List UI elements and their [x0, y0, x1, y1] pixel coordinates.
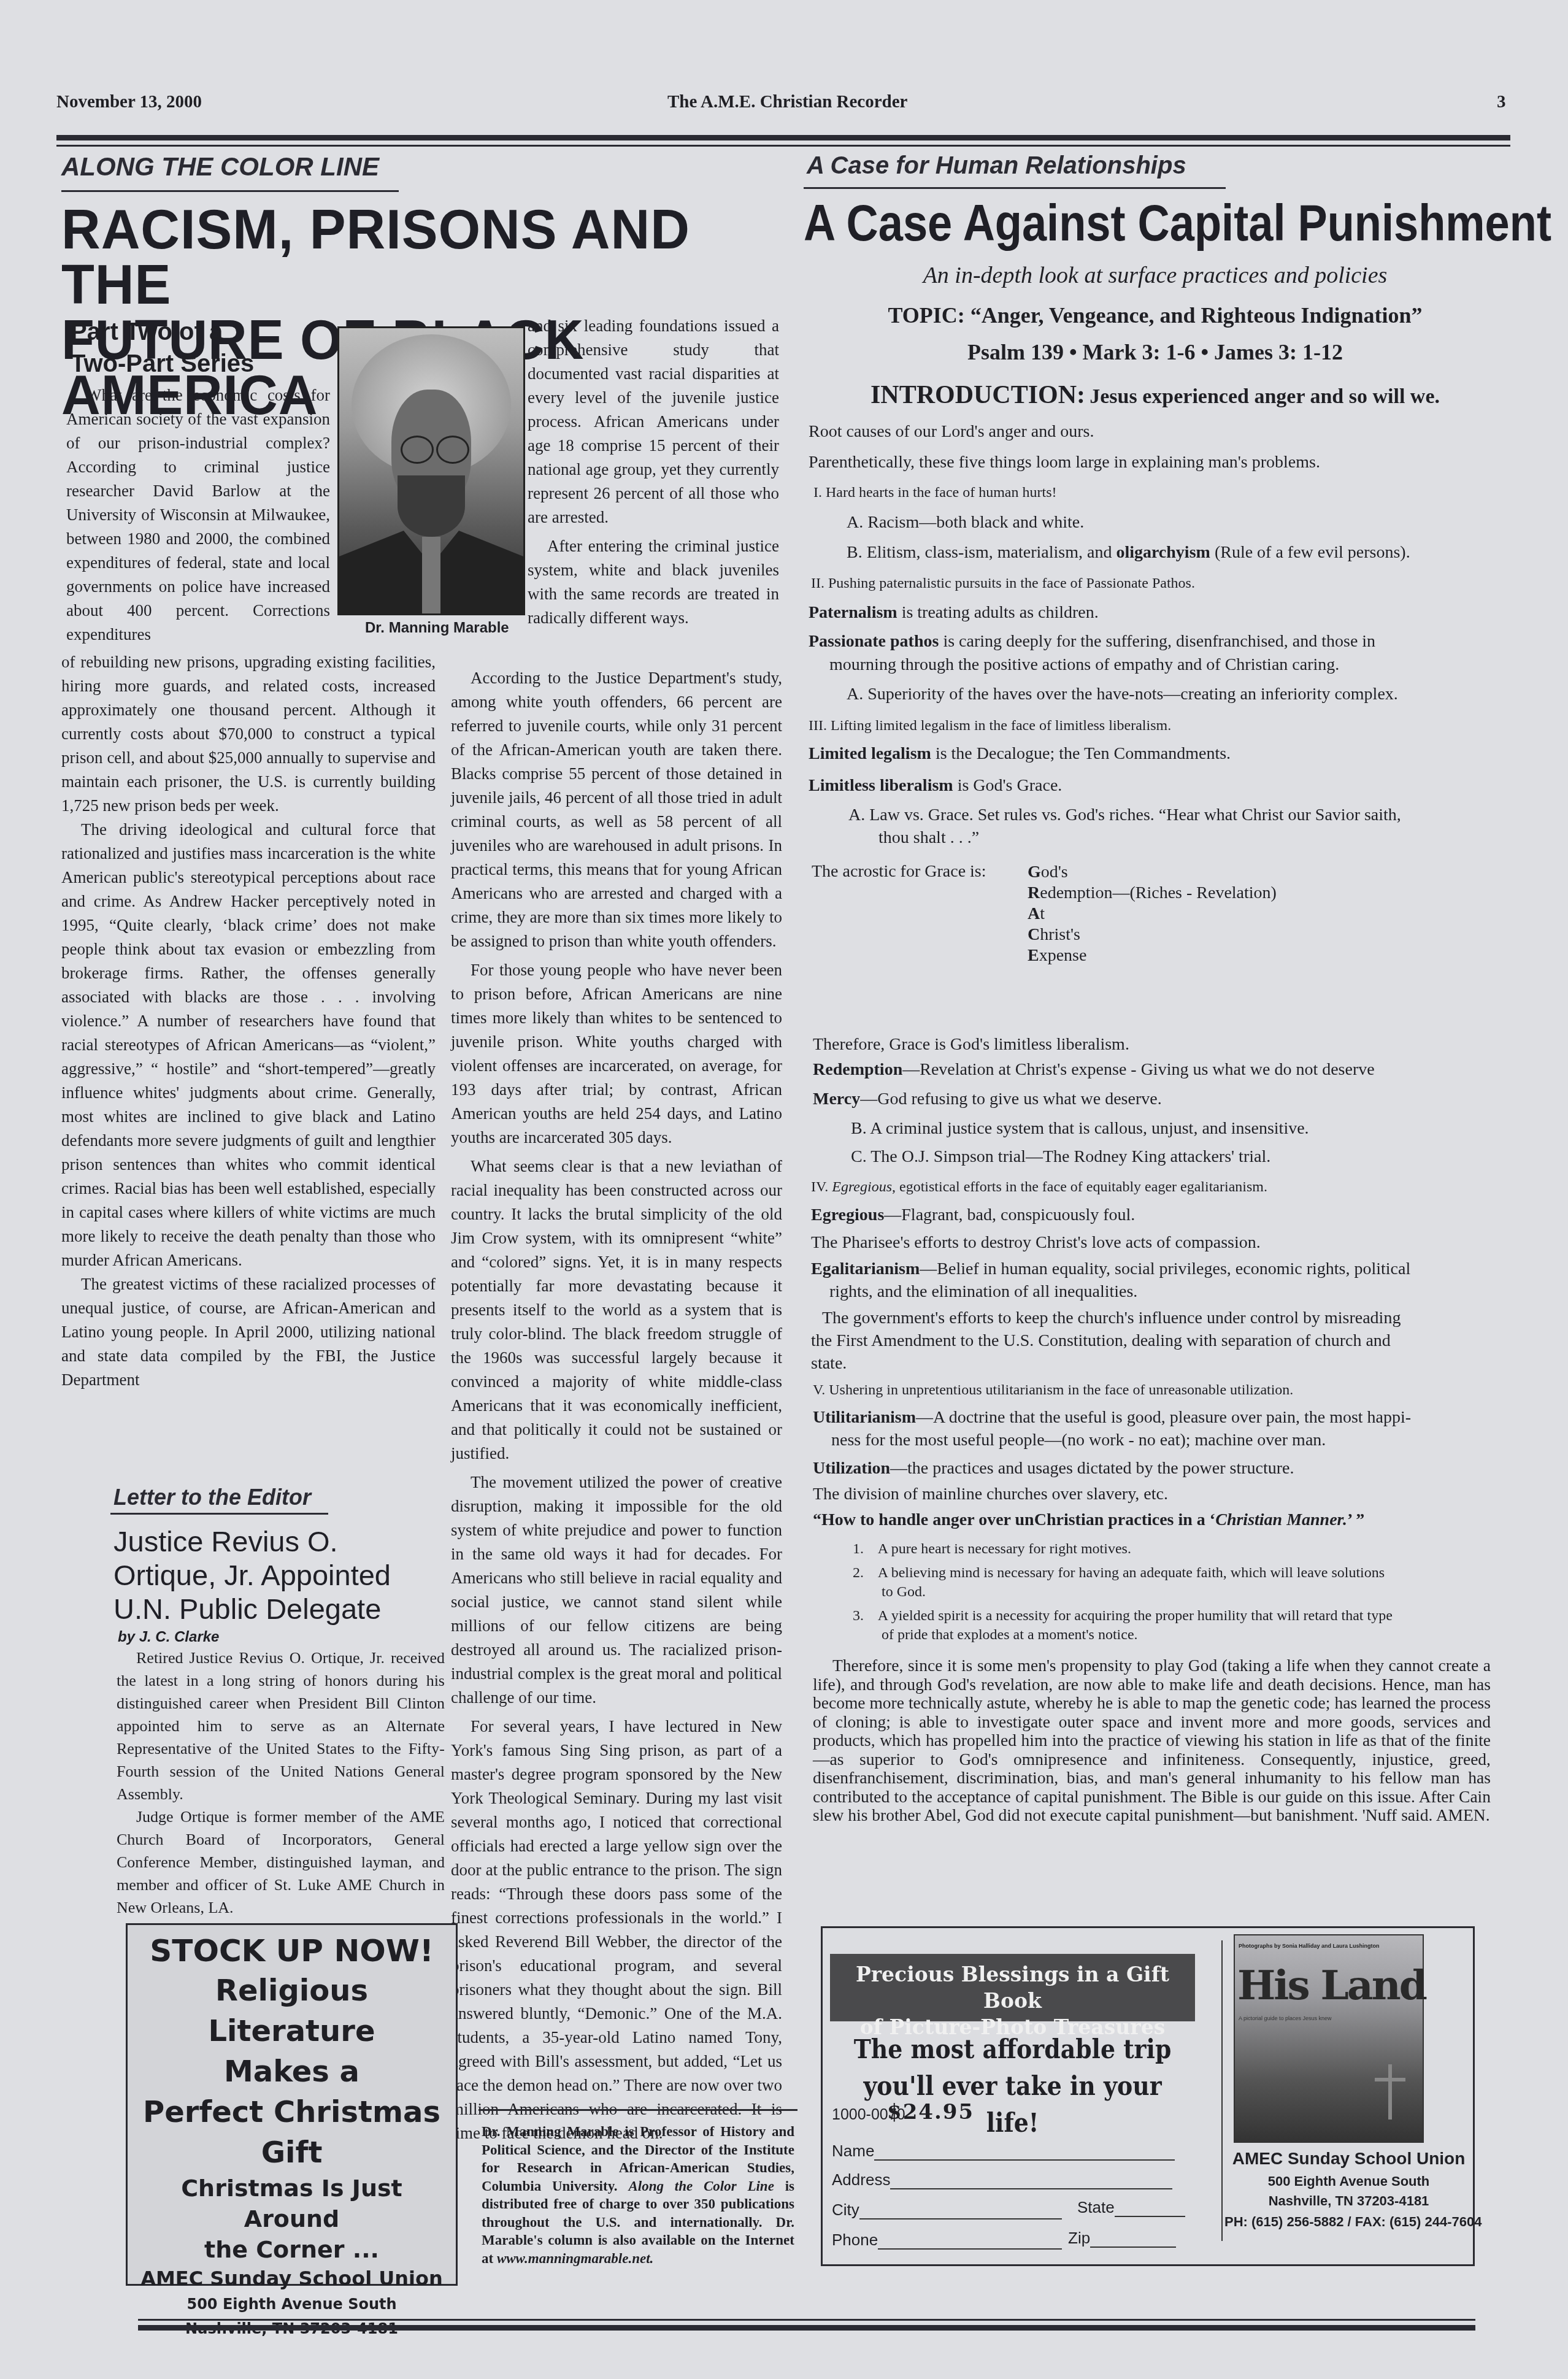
acrostic-item: Redemption—(Riches - Revelation)	[1028, 883, 1277, 904]
letter-title: Justice Revius O. Ortique, Jr. Appointed…	[113, 1524, 391, 1626]
ad-line: Christmas Is Just	[128, 2173, 456, 2204]
ad-line: Religious Literature	[128, 1970, 456, 2051]
introduction: INTRODUCTION: Jesus experienced anger an…	[809, 383, 1502, 409]
acrostic-item: At	[1028, 904, 1277, 924]
acrostic-label: The acrostic for Grace is:	[812, 862, 986, 882]
right-topic: TOPIC: “Anger, Vengeance, and Righteous …	[809, 304, 1502, 327]
list-item: 3. A yielded spirit is a necessity for a…	[853, 1607, 1393, 1626]
ad-organization: AMEC Sunday School Union	[128, 2265, 456, 2292]
definition: Paternalism is treating adults as childr…	[809, 603, 1099, 623]
acrostic-item: God's	[1028, 862, 1277, 883]
cover-title: His Land	[1237, 1961, 1426, 2009]
order-form-address[interactable]: Address	[832, 2170, 1172, 2189]
headline-line-1: RACISM, PRISONS AND THE	[61, 202, 759, 313]
paragraph: Judge Ortique is former member of the AM…	[117, 1805, 445, 1919]
right-headline: A Case Against Capital Punishment	[804, 193, 1416, 252]
publication-name: The A.M.E. Christian Recorder	[667, 92, 907, 112]
definition-continued: ness for the most useful people—(no work…	[831, 1431, 1326, 1450]
bio-divider	[478, 2109, 797, 2111]
order-form-zip[interactable]: Zip	[1068, 2229, 1176, 2248]
paragraph: After entering the criminal justice syst…	[528, 534, 779, 630]
right-kicker-underline	[804, 187, 1226, 189]
header-rule-thick	[56, 135, 1510, 140]
column-name: Along the Color Line	[628, 2178, 774, 2194]
definition: Passionate pathos is caring deeply for t…	[809, 632, 1375, 651]
cross-icon	[1388, 2064, 1392, 2120]
definition: Utilitarianism—A doctrine that the usefu…	[813, 1408, 1411, 1428]
subhead-line-2: Two-Part Series	[71, 348, 254, 380]
order-form-name[interactable]: Name	[832, 2142, 1175, 2161]
paragraph: The driving ideological and cultural for…	[61, 818, 436, 1272]
paragraph: of rebuilding new prisons, upgrading exi…	[61, 650, 436, 818]
paragraph: For several years, I have lectured in Ne…	[451, 1715, 782, 2145]
order-form-city[interactable]: City	[832, 2200, 1062, 2220]
letter-title-line: Ortique, Jr. Appointed	[113, 1558, 391, 1592]
issue-date: November 13, 2000	[56, 92, 202, 112]
list-item-continued: to God.	[853, 1583, 1393, 1602]
product-price: $24.95	[887, 2100, 974, 2124]
paragraph: Retired Justice Revius O. Ortique, Jr. r…	[117, 1647, 445, 1805]
closing-paragraph: Therefore, since it is some men's propen…	[813, 1656, 1491, 1825]
section-kicker: ALONG THE COLOR LINE	[61, 152, 379, 182]
letter-body: Retired Justice Revius O. Ortique, Jr. r…	[117, 1647, 445, 1919]
outline-item-continued: thou shalt . . .”	[878, 828, 979, 848]
outline-item-roman: I. Hard hearts in the face of human hurt…	[813, 485, 1057, 501]
subhead-line-1: Part Two of a	[71, 316, 254, 348]
his-land-book-ad: Precious Blessings in a Gift Book of Pic…	[821, 1926, 1475, 2266]
acrostic-item: Expense	[1028, 945, 1277, 966]
cross-icon	[1375, 2078, 1405, 2081]
paragraph: The movement utilized the power of creat…	[451, 1470, 782, 1710]
article-column-2-top: and six leading foundations issued a com…	[528, 314, 779, 630]
paragraph: What seems clear is that a new leviathan…	[451, 1155, 782, 1466]
outline-item-roman: II. Pushing paternalistic pursuits in th…	[811, 575, 1195, 592]
outline-item: C. The O.J. Simpson trial—The Rodney Kin…	[851, 1147, 1270, 1167]
outline-item-roman: IV. Egregious, egotistical efforts in th…	[811, 1179, 1267, 1196]
letter-title-line: Justice Revius O.	[113, 1524, 391, 1558]
outline-item: A. Law vs. Grace. Set rules vs. God's ri…	[848, 805, 1401, 825]
outline-item-roman: V. Ushering in unpretentious utilitarian…	[813, 1382, 1293, 1399]
ad-line: the Corner ...	[128, 2234, 456, 2265]
article-column-2: According to the Justice Department's st…	[451, 666, 782, 2145]
series-subhead: Part Two of a Two-Part Series	[71, 316, 254, 380]
definition: Limitless liberalism is God's Grace.	[809, 776, 1062, 796]
outline-item: A. Superiority of the haves over the hav…	[847, 685, 1398, 704]
ad-banner: Precious Blessings in a Gift Book of Pic…	[830, 1954, 1195, 2021]
paragraph: Therefore, since it is some men's propen…	[813, 1656, 1491, 1825]
ad-line: Makes a	[128, 2051, 456, 2092]
definition: Mercy—God refusing to give us what we de…	[813, 1090, 1162, 1109]
scripture-references: Psalm 139 • Mark 3: 1-6 • James 3: 1-12	[809, 340, 1502, 364]
right-section-kicker: A Case for Human Relationships	[807, 152, 1186, 180]
acrostic-item: Christ's	[1028, 924, 1277, 945]
order-form-state[interactable]: State	[1077, 2198, 1185, 2217]
intro-label: INTRODUCTION:	[870, 381, 1085, 409]
publisher-address: Nashville, TN 37203-4181	[1224, 2193, 1473, 2209]
text-line: Root causes of our Lord's anger and ours…	[809, 422, 1094, 442]
text-line: Parenthetically, these five things loom …	[809, 453, 1320, 472]
ad-address: 500 Eighth Avenue South	[128, 2292, 456, 2316]
paragraph: For those young people who have never be…	[451, 958, 782, 1150]
outline-item: B. Elitism, class-ism, materialism, and …	[847, 543, 1410, 563]
definition-continued: rights, and the elimination of all inequ…	[829, 1282, 1137, 1302]
numbered-list: 1. A pure heart is necessary for right m…	[853, 1540, 1393, 1645]
definition: Redemption—Revelation at Christ's expens…	[813, 1060, 1375, 1080]
article-column-1-bottom: of rebuilding new prisons, upgrading exi…	[61, 650, 436, 1392]
ad-line: Gift	[128, 2132, 456, 2173]
letter-kicker: Letter to the Editor	[113, 1485, 311, 1510]
right-deck: An in-depth look at surface practices an…	[809, 264, 1502, 287]
ad-divider	[1221, 1940, 1223, 2241]
letter-byline: by J. C. Clarke	[118, 1629, 219, 1646]
list-item: 2. A believing mind is necessary for hav…	[853, 1564, 1393, 1583]
ad-headline: STOCK UP NOW!	[128, 1931, 456, 1970]
footer-rule-thin	[138, 2319, 1475, 2321]
publisher-contact: PH: (615) 256-5882 / FAX: (615) 244-7604	[1224, 2214, 1473, 2230]
outline-item-roman: III. Lifting limited legalism in the fac…	[809, 718, 1171, 734]
definition-continued: mourning through the positive actions of…	[829, 655, 1339, 675]
definition: Egregious—Flagrant, bad, conspicuously f…	[811, 1205, 1135, 1225]
how-to-heading: “How to handle anger over unChristian pr…	[813, 1510, 1364, 1530]
text-line: The division of mainline churches over s…	[813, 1485, 1168, 1504]
paragraph: and six leading foundations issued a com…	[528, 314, 779, 529]
list-item-continued: of pride that explodes at a moment's not…	[853, 1626, 1393, 1645]
order-form-phone[interactable]: Phone	[832, 2231, 1062, 2250]
publisher-name: AMEC Sunday School Union	[1224, 2149, 1473, 2169]
header-rule-thin	[56, 145, 1510, 147]
paragraph: The greatest victims of these racialized…	[61, 1272, 436, 1392]
outline-item: A. Racism—both black and white.	[847, 513, 1084, 532]
text-line: the First Amendment to the U.S. Constitu…	[811, 1331, 1391, 1351]
christmas-literature-ad: STOCK UP NOW! Religious Literature Makes…	[126, 1923, 458, 2286]
definition: Egalitarianism—Belief in human equality,…	[811, 1259, 1410, 1279]
author-bio: Dr. Manning Marable is Professor of Hist…	[482, 2123, 794, 2267]
letter-kicker-underline	[110, 1513, 328, 1515]
author-photo	[337, 326, 525, 615]
definition: Utilization—the practices and usages dic…	[813, 1459, 1294, 1478]
text-line: The government's efforts to keep the chu…	[822, 1309, 1401, 1328]
acrostic-list: God's Redemption—(Riches - Revelation) A…	[1028, 862, 1277, 966]
book-cover-image: Photographs by Sonia Halliday and Laura …	[1234, 1934, 1424, 2143]
cover-credit: Photographs by Sonia Halliday and Laura …	[1239, 1943, 1380, 1949]
text-line: The Pharisee's efforts to destroy Christ…	[811, 1233, 1261, 1253]
outline-item: B. A criminal justice system that is cal…	[851, 1119, 1309, 1139]
intro-text: Jesus experienced anger and so will we.	[1090, 385, 1440, 408]
ad-line: Perfect Christmas	[128, 2092, 456, 2132]
page-number: 3	[1497, 92, 1506, 112]
definition: Limited legalism is the Decalogue; the T…	[809, 744, 1231, 764]
paragraph: What are the economic costs for American…	[66, 383, 330, 647]
ad-line: Around	[128, 2204, 456, 2234]
kicker-underline	[61, 190, 399, 192]
article-column-1-top: What are the economic costs for American…	[66, 383, 330, 647]
photo-caption: Dr. Manning Marable	[365, 620, 509, 637]
ad-tagline: The most affordable trip you'll ever tak…	[848, 2031, 1177, 2142]
publisher-address: 500 Eighth Avenue South	[1224, 2173, 1473, 2189]
author-website-link[interactable]: www.manningmarable.net.	[497, 2251, 653, 2266]
footer-rule-thick	[138, 2325, 1475, 2331]
cover-subtitle: A pictorial guide to places Jesus knew	[1239, 2015, 1332, 2021]
text-line: state.	[811, 1354, 847, 1374]
list-item: 1. A pure heart is necessary for right m…	[853, 1540, 1393, 1559]
paragraph: According to the Justice Department's st…	[451, 666, 782, 953]
letter-title-line: U.N. Public Delegate	[113, 1592, 391, 1626]
text-line: Therefore, Grace is God's limitless libe…	[813, 1035, 1129, 1055]
